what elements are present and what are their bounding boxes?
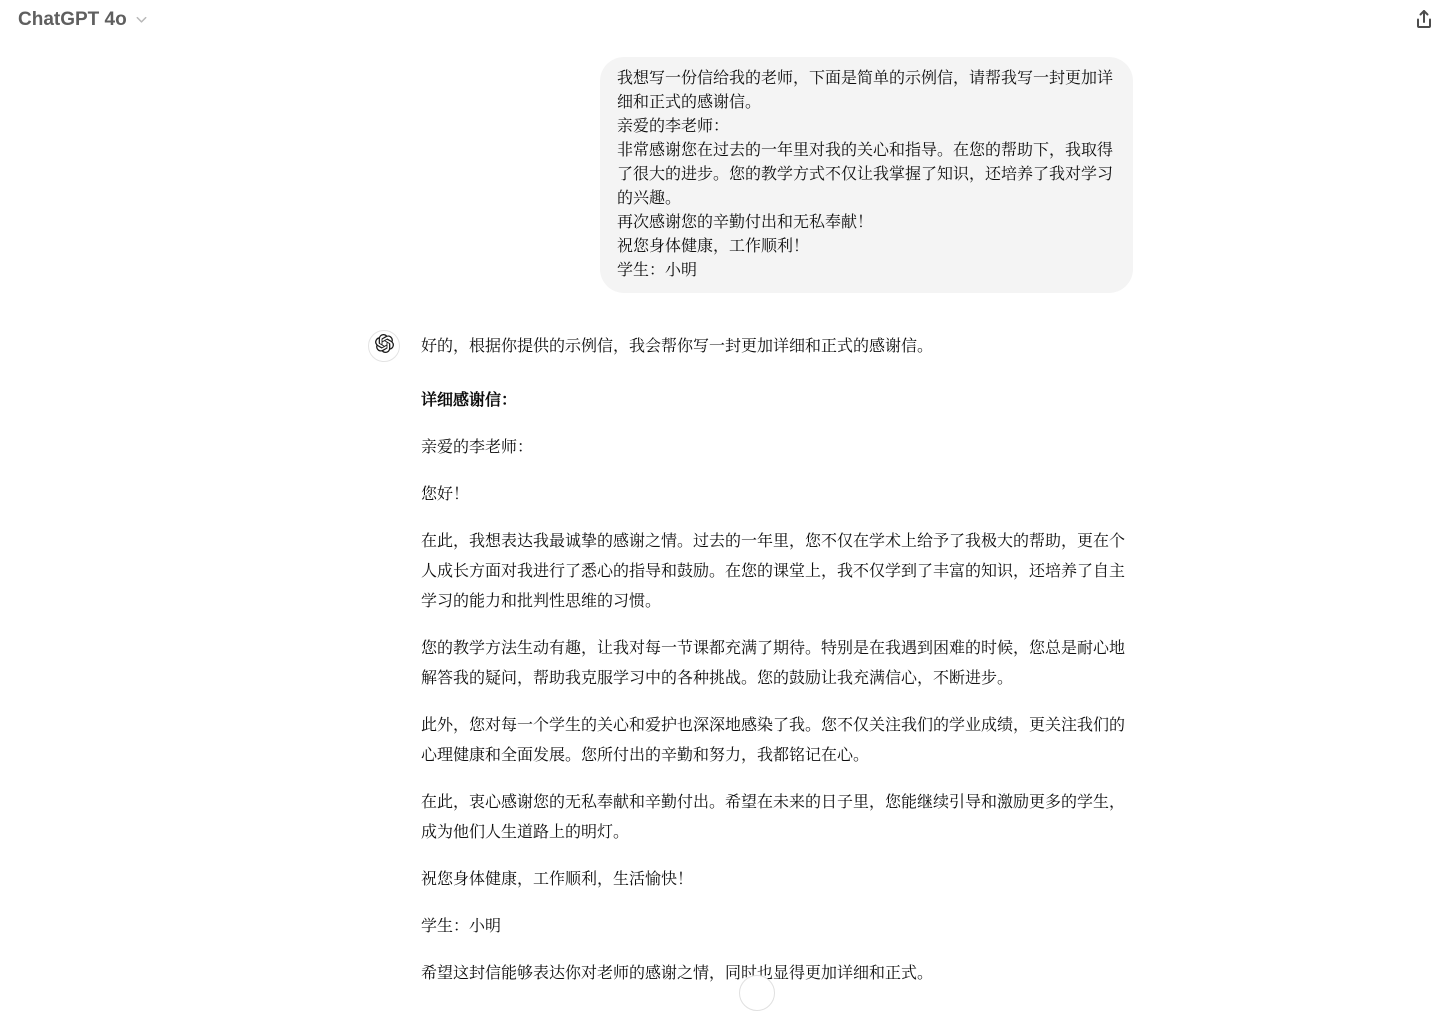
conversation-thread: 我想写一份信给我的老师，下面是简单的示例信，请帮我写一封更加详细和正式的感谢信。…: [368, 0, 1133, 983]
model-switcher[interactable]: ChatGPT 4o: [18, 8, 149, 33]
letter-paragraph: 在此，我想表达我最诚挚的感谢之情。过去的一年里，您不仅在学术上给予了我极大的帮助…: [421, 527, 1133, 617]
letter-salutation: 亲爱的李老师：: [421, 433, 1133, 463]
user-message-row: 我想写一份信给我的老师，下面是简单的示例信，请帮我写一封更加详细和正式的感谢信。…: [368, 57, 1133, 293]
share-icon: [1412, 7, 1436, 34]
letter-paragraph: 您的教学方法生动有趣，让我对每一节课都充满了期待。特别是在我遇到困难的时候，您总…: [421, 634, 1133, 694]
letter-paragraph: 此外，您对每一个学生的关心和爱护也深深地感染了我。您不仅关注我们的学业成绩，更关…: [421, 711, 1133, 771]
letter-signature: 学生：小明: [421, 912, 1133, 942]
assistant-closing-note: 希望这封信能够表达你对老师的感谢之情，同时也显得更加详细和正式。: [421, 959, 1133, 983]
letter-wishes: 祝您身体健康，工作顺利，生活愉快！: [421, 865, 1133, 895]
chevron-down-icon: [134, 11, 149, 33]
letter-greeting: 您好！: [421, 480, 1133, 510]
assistant-avatar: [368, 330, 400, 362]
assistant-message: 好的，根据你提供的示例信，我会帮你写一封更加详细和正式的感谢信。 详细感谢信： …: [421, 332, 1133, 983]
openai-logo-icon: [375, 334, 394, 358]
model-label: ChatGPT 4o: [18, 9, 127, 31]
top-bar: ChatGPT 4o: [0, 0, 1454, 40]
share-button[interactable]: [1410, 5, 1438, 36]
letter-heading: 详细感谢信：: [421, 386, 1133, 416]
letter-paragraph: 在此，衷心感谢您的无私奉献和辛勤付出。希望在未来的日子里，您能继续引导和激励更多…: [421, 788, 1133, 848]
assistant-intro: 好的，根据你提供的示例信，我会帮你写一封更加详细和正式的感谢信。: [421, 332, 1133, 362]
user-message-bubble: 我想写一份信给我的老师，下面是简单的示例信，请帮我写一封更加详细和正式的感谢信。…: [600, 57, 1133, 293]
assistant-message-row: 好的，根据你提供的示例信，我会帮你写一封更加详细和正式的感谢信。 详细感谢信： …: [368, 330, 1133, 983]
